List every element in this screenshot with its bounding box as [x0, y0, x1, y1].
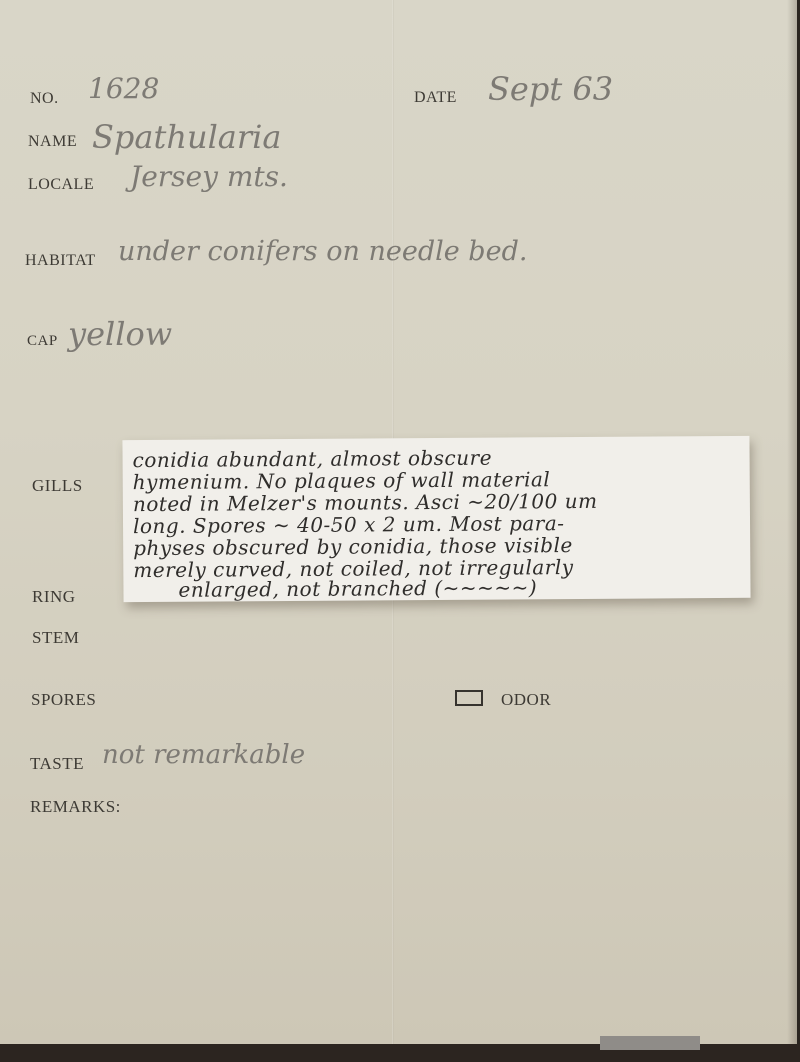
- no-label: NO.: [30, 90, 59, 108]
- habitat-value: under conifers on needle bed.: [118, 236, 527, 267]
- remarks-label: REMARKS:: [30, 797, 121, 817]
- date-label: DATE: [414, 89, 457, 107]
- odor-label: ODOR: [501, 690, 551, 710]
- taste-label: TASTE: [30, 754, 84, 774]
- name-value: Spathularia: [92, 118, 281, 156]
- gills-label: GILLS: [32, 476, 83, 496]
- specimen-card: NO. 1628 DATE Sept 63 NAME Spathularia L…: [0, 0, 797, 1044]
- cap-label: CAP: [27, 333, 58, 350]
- taste-value: not remarkable: [102, 740, 305, 770]
- locale-label: LOCALE: [28, 176, 94, 194]
- locale-value: Jersey mts.: [130, 160, 288, 193]
- stem-label: STEM: [32, 628, 79, 648]
- cap-value: yellow: [68, 315, 172, 353]
- name-label: NAME: [28, 133, 77, 151]
- no-value: 1628: [88, 72, 159, 105]
- date-value: Sept 63: [488, 70, 613, 108]
- habitat-label: HABITAT: [25, 252, 96, 270]
- gills-note-slip: conidia abundant, almost obscure hymeniu…: [122, 436, 750, 602]
- background-edge: [0, 1044, 800, 1062]
- odor-checkbox[interactable]: [455, 690, 483, 706]
- ring-label: RING: [32, 587, 76, 607]
- spores-label: SPORES: [31, 690, 96, 710]
- note-line: enlarged, not branched (~~~~~): [178, 575, 537, 602]
